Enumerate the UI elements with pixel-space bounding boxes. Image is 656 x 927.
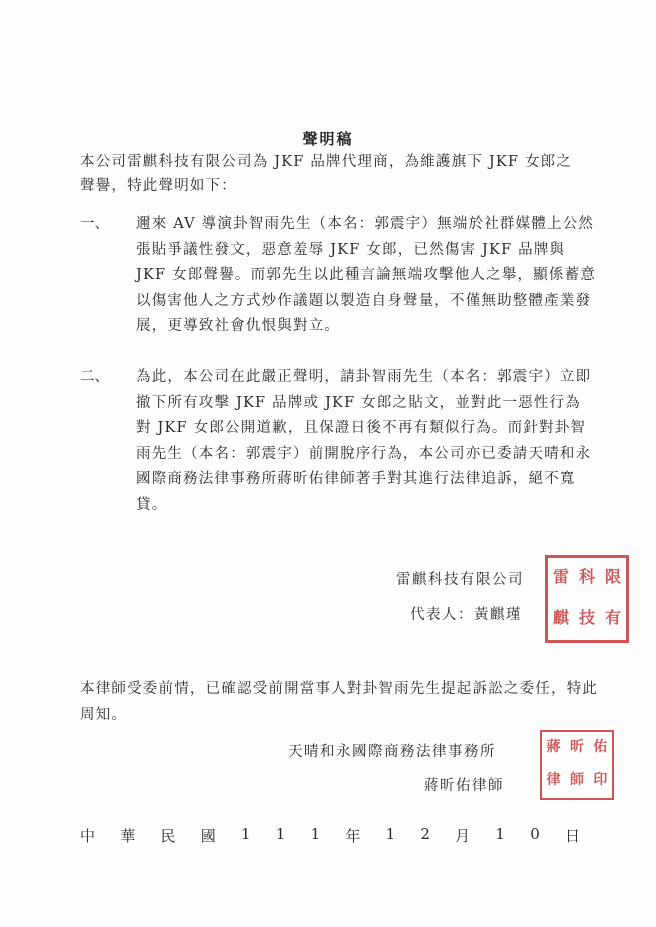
- document-title: 聲明稿: [0, 128, 656, 149]
- date-char: 1: [276, 825, 286, 846]
- seal-char: 蔣: [542, 732, 565, 765]
- date-char: 1: [495, 825, 505, 846]
- date-char: 華: [120, 825, 135, 846]
- seal-char: 麒: [548, 599, 574, 640]
- seal-char: 技: [574, 599, 600, 640]
- seal-char: 昕: [565, 732, 588, 765]
- seal-char: 限: [600, 558, 626, 599]
- company-signature: 雷麒科技有限公司: [396, 568, 524, 589]
- company-seal-stamp: 雷 科 限 麒 技 有: [545, 555, 629, 643]
- seal-char: 佑: [589, 732, 612, 765]
- lawyer-seal-stamp: 蔣 昕 佑 律 師 印: [540, 730, 614, 800]
- date-char: 日: [565, 825, 580, 846]
- seal-char: 有: [600, 599, 626, 640]
- intro-paragraph: 本公司雷麒科技有限公司為 JKF 品牌代理商，為維護旗下 JKF 女郎之聲譽，特…: [80, 150, 580, 198]
- representative-signature: 代表人：黃麒瑾: [410, 603, 522, 624]
- date-char: 民: [161, 825, 176, 846]
- item-text: 為此，本公司在此嚴正聲明，請卦智雨先生（本名：郭震宇）立即撤下所有攻擊 JKF …: [136, 365, 596, 518]
- item-number: 二、: [80, 365, 109, 389]
- lawyer-note: 本律師受委前情，已確認受前開當事人對卦智雨先生提起訴訟之委任，特此周知。: [80, 676, 600, 728]
- item-number: 一、: [80, 212, 109, 236]
- date-char: 2: [420, 825, 430, 846]
- document-page: 聲明稿 本公司雷麒科技有限公司為 JKF 品牌代理商，為維護旗下 JKF 女郎之…: [0, 0, 656, 927]
- date-char: 1: [241, 825, 251, 846]
- seal-char: 師: [565, 765, 588, 798]
- date-char: 月: [455, 825, 470, 846]
- date-char: 1: [311, 825, 321, 846]
- item-text: 邇來 AV 導演卦智雨先生（本名：郭震宇）無端於社群媒體上公然張貼爭議性發文，惡…: [136, 212, 596, 340]
- seal-char: 律: [542, 765, 565, 798]
- date-char: 中: [80, 825, 95, 846]
- law-firm-name: 天晴和永國際商務法律事務所: [288, 740, 496, 761]
- date-char: 國: [201, 825, 216, 846]
- date-char: 0: [530, 825, 540, 846]
- seal-char: 印: [589, 765, 612, 798]
- seal-char: 科: [574, 558, 600, 599]
- date-char: 年: [345, 825, 360, 846]
- lawyer-name: 蔣昕佑律師: [424, 774, 504, 795]
- seal-char: 雷: [548, 558, 574, 599]
- document-date: 中 華 民 國 1 1 1 年 1 2 月 1 0 日: [80, 825, 580, 846]
- date-char: 1: [386, 825, 396, 846]
